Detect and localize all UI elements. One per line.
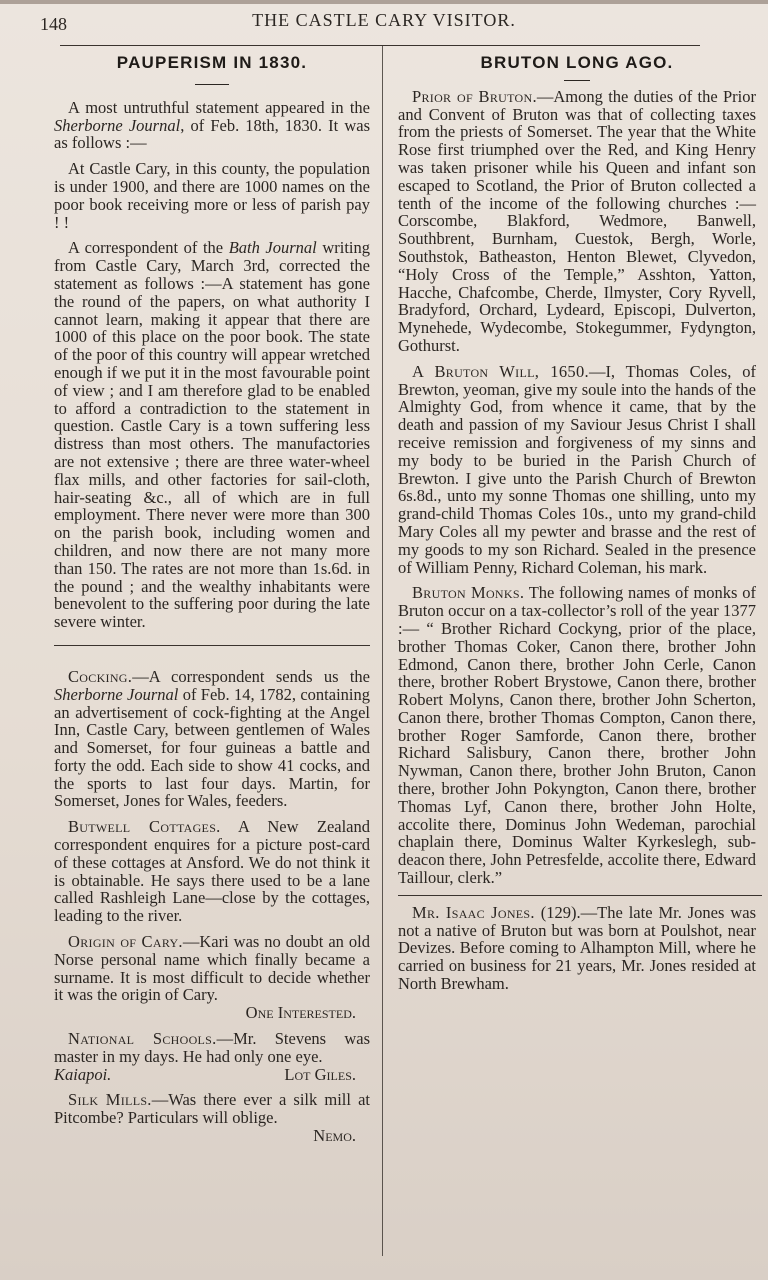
pauperism-quote: At Castle Cary, in this county, the popu… — [54, 160, 370, 231]
cocking-item: Cocking.—A correspondent sends us the Sh… — [54, 668, 370, 810]
page-top-edge — [0, 0, 768, 4]
schools-place: Kaiapoi. — [54, 1066, 111, 1084]
origin-signature: One Interested. — [54, 1004, 370, 1022]
silk-heading: Silk Mills. — [68, 1090, 152, 1109]
running-head: THE CASTLE CARY VISITOR. — [0, 10, 768, 31]
cocking-heading: Cocking. — [68, 667, 132, 686]
butwell-item: Butwell Cottages. A New Zealand correspo… — [54, 818, 370, 925]
pauperism-paragraph-1: A most untruthful statement appeared in … — [54, 99, 370, 152]
prior-heading: Prior of Bruton. — [412, 87, 537, 106]
origin-item: Origin of Cary.—Kari was no doubt an old… — [54, 933, 370, 1022]
silk-signature: Nemo. — [54, 1127, 370, 1145]
title-rule — [195, 84, 229, 85]
header-rule — [60, 45, 700, 46]
will-heading: A Bruton Will, 1650. — [412, 362, 589, 381]
silk-item: Silk Mills.—Was there ever a silk mill a… — [54, 1091, 370, 1144]
schools-heading: National Schools. — [68, 1029, 217, 1048]
schools-signature-row: Kaiapoi. Lot Giles. — [54, 1066, 370, 1084]
title-rule — [564, 80, 590, 81]
monks-item: Bruton Monks. The following names of mon… — [398, 584, 756, 887]
jones-item: Mr. Isaac Jones. (129).—The late Mr. Jon… — [398, 904, 756, 993]
prior-item: Prior of Bruton.—Among the duties of the… — [398, 88, 756, 355]
monks-heading: Bruton Monks. — [412, 583, 524, 602]
column-divider — [382, 46, 383, 1256]
schools-signature: Lot Giles. — [284, 1066, 356, 1084]
pauperism-title: PAUPERISM IN 1830. — [54, 54, 370, 72]
jones-heading: Mr. Isaac Jones. — [412, 903, 535, 922]
section-rule — [398, 895, 762, 896]
origin-heading: Origin of Cary. — [68, 932, 183, 951]
pauperism-paragraph-3: A correspondent of the Bath Journal writ… — [54, 239, 370, 631]
schools-item: National Schools.—Mr. Stevens was master… — [54, 1030, 370, 1066]
bruton-title: BRUTON LONG AGO. — [398, 54, 756, 72]
will-item: A Bruton Will, 1650.—I, Thomas Coles, of… — [398, 363, 756, 577]
butwell-heading: Butwell Cottages. — [68, 817, 221, 836]
section-rule — [54, 645, 370, 646]
right-column: BRUTON LONG AGO. Prior of Bruton.—Among … — [398, 50, 756, 1001]
left-column: PAUPERISM IN 1830. A most untruthful sta… — [54, 50, 370, 1153]
